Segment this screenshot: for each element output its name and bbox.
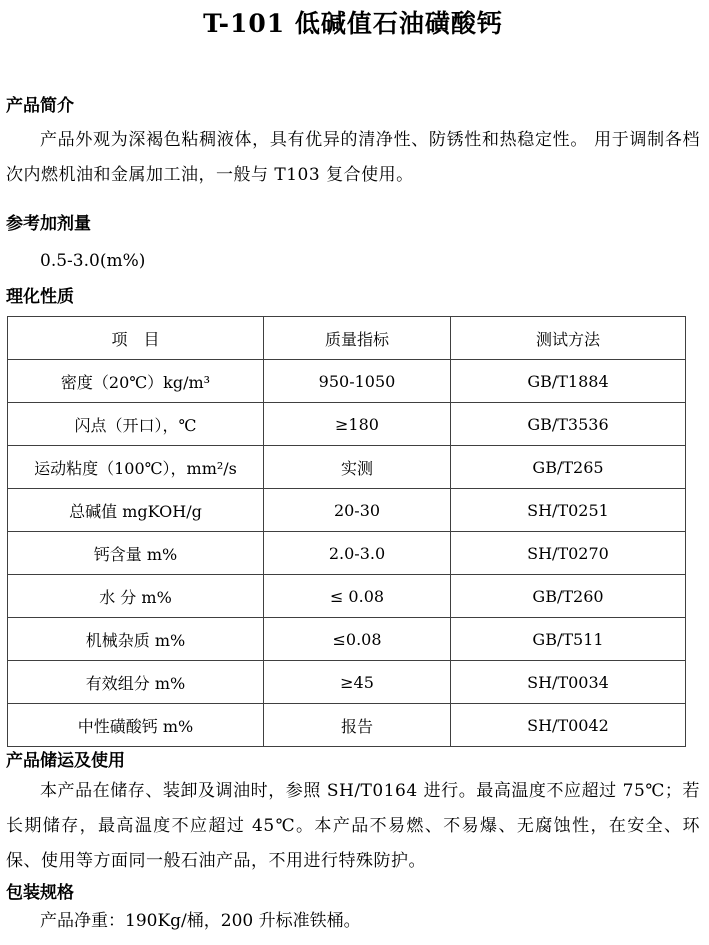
property-spec: 20-30: [264, 489, 451, 532]
property-spec: ≤ 0.08: [264, 575, 451, 618]
property-method: SH/T0270: [451, 532, 686, 575]
table-row: 有效组分 m% ≥45 SH/T0034: [8, 661, 686, 704]
property-name: 闪点（开口），℃: [8, 403, 264, 446]
document-page: T-101 低碱值石油磺酸钙 产品简介 产品外观为深褐色粘稠液体，具有优异的清净…: [0, 0, 709, 934]
property-spec: 报告: [264, 704, 451, 747]
property-method: GB/T265: [451, 446, 686, 489]
property-method: GB/T260: [451, 575, 686, 618]
property-method: SH/T0042: [451, 704, 686, 747]
packaging-text: 产品净重：190Kg/桶，200 升标准铁桶。: [6, 908, 700, 934]
property-method: GB/T3536: [451, 403, 686, 446]
table-row: 钙含量 m% 2.0-3.0 SH/T0270: [8, 532, 686, 575]
section-heading-properties: 理化性质: [6, 288, 700, 306]
property-method: SH/T0034: [451, 661, 686, 704]
property-method: GB/T511: [451, 618, 686, 661]
property-name: 密度（20℃）kg/m³: [8, 360, 264, 403]
table-row: 机械杂质 m% ≤0.08 GB/T511: [8, 618, 686, 661]
properties-table: 项 目 质量指标 测试方法 密度（20℃）kg/m³ 950-1050 GB/T…: [7, 316, 686, 747]
property-name: 钙含量 m%: [8, 532, 264, 575]
property-name: 运动粘度（100℃），mm²/s: [8, 446, 264, 489]
property-name: 中性磺酸钙 m%: [8, 704, 264, 747]
property-name: 有效组分 m%: [8, 661, 264, 704]
section-heading-packaging: 包装规格: [6, 884, 700, 902]
property-spec: ≤0.08: [264, 618, 451, 661]
property-name: 机械杂质 m%: [8, 618, 264, 661]
dosage-value: 0.5-3.0(m%): [6, 246, 700, 276]
property-spec: 2.0-3.0: [264, 532, 451, 575]
property-spec: ≥45: [264, 661, 451, 704]
property-spec: 950-1050: [264, 360, 451, 403]
property-spec: ≥180: [264, 403, 451, 446]
column-header-item: 项 目: [8, 317, 264, 360]
storage-text: 本产品在储存、装卸及调油时，参照 SH/T0164 进行。最高温度不应超过 75…: [6, 774, 700, 879]
section-heading-storage: 产品储运及使用: [6, 752, 700, 770]
table-row: 密度（20℃）kg/m³ 950-1050 GB/T1884: [8, 360, 686, 403]
property-name: 水 分 m%: [8, 575, 264, 618]
table-row: 水 分 m% ≤ 0.08 GB/T260: [8, 575, 686, 618]
property-spec: 实测: [264, 446, 451, 489]
document-title: T-101 低碱值石油磺酸钙: [6, 6, 700, 42]
property-method: SH/T0251: [451, 489, 686, 532]
section-heading-dosage: 参考加剂量: [6, 215, 700, 233]
table-header-row: 项 目 质量指标 测试方法: [8, 317, 686, 360]
table-row: 总碱值 mgKOH/g 20-30 SH/T0251: [8, 489, 686, 532]
table-row: 运动粘度（100℃），mm²/s 实测 GB/T265: [8, 446, 686, 489]
product-intro-text: 产品外观为深褐色粘稠液体，具有优异的清净性、防锈性和热稳定性。 用于调制各档次内…: [6, 123, 700, 193]
section-heading-product-intro: 产品简介: [6, 97, 700, 115]
column-header-method: 测试方法: [451, 317, 686, 360]
column-header-spec: 质量指标: [264, 317, 451, 360]
table-row: 中性磺酸钙 m% 报告 SH/T0042: [8, 704, 686, 747]
table-row: 闪点（开口），℃ ≥180 GB/T3536: [8, 403, 686, 446]
property-name: 总碱值 mgKOH/g: [8, 489, 264, 532]
property-method: GB/T1884: [451, 360, 686, 403]
